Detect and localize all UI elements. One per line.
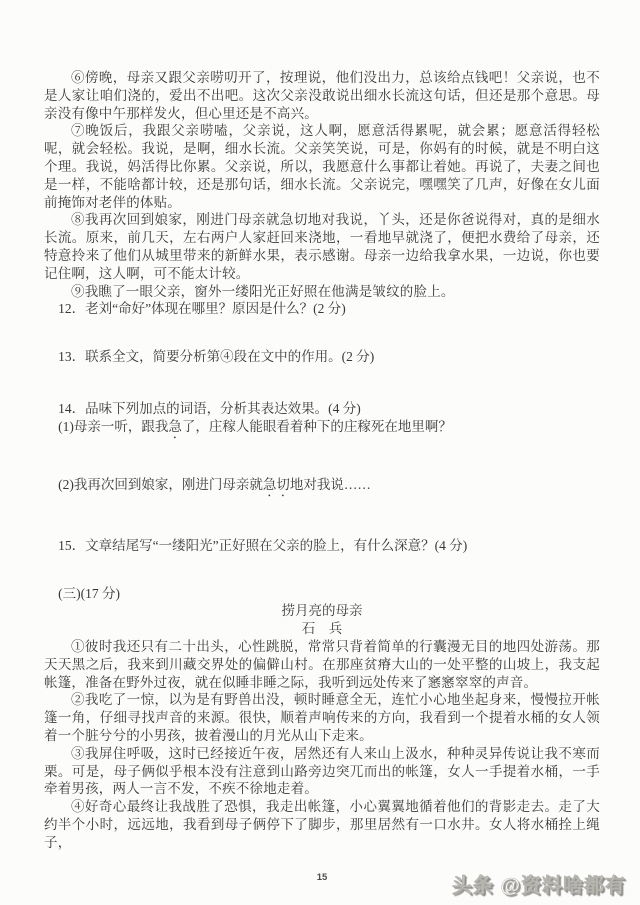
question-14-sub-2-emphasized-word: 急切 bbox=[263, 477, 290, 492]
question-12: 12．老刘“命好”体现在哪里？原因是什么？(2 分) bbox=[44, 300, 600, 318]
passage-2-paragraph-3: ③我屏住呼吸，这时已经接近午夜，居然还有人来山上汲水，种种灵异传说让我不寒而栗。… bbox=[44, 745, 600, 798]
question-14-sub-1-pre: (1)母亲一听，跟我 bbox=[58, 419, 168, 434]
passage-2-paragraph-4: ④好奇心最终让我战胜了恐惧，我走出帐篷，小心翼翼地循着他们的背影走去。走了大约半… bbox=[44, 798, 600, 851]
question-14-sub-1-post: 了，庄稼人能眼看着种下的庄稼死在地里啊？ bbox=[182, 419, 452, 434]
passage-1-paragraph-8: ⑧我再次回到娘家，刚进门母亲就急切地对我说，丫头，还是你爸说得对，真的是细水长流… bbox=[44, 211, 600, 282]
question-14: 14．品味下列加点的词语，分析其表达效果。(4 分) bbox=[44, 400, 600, 418]
passage-1-paragraph-7: ⑦晚饭后，我跟父亲唠嗑，父亲说，这人啊，愿意活得累呢，就会累；愿意活得轻松呢，就… bbox=[44, 122, 600, 211]
passage-2-paragraph-2: ②我吃了一惊，以为是有野兽出没，顿时睡意全无，连忙小心地坐起身来，慢慢拉开帐篷一… bbox=[44, 691, 600, 744]
question-14-sub-1: (1)母亲一听，跟我急了，庄稼人能眼看着种下的庄稼死在地里啊？ bbox=[44, 418, 600, 442]
passage-2-author: 石 兵 bbox=[44, 620, 600, 638]
question-14-sub-2-post: 地对我说…… bbox=[290, 477, 371, 492]
question-15: 15．文章结尾写“一缕阳光”正好照在父亲的脸上，有什么深意？(4 分) bbox=[44, 537, 600, 555]
exam-page: ⑥傍晚，母亲又跟父亲唠叨开了，按理说，他们没出力，总该给点钱吧！父亲说，也不是人… bbox=[0, 0, 640, 905]
passage-2-title: 捞月亮的母亲 bbox=[44, 602, 600, 620]
section-3-header: (三)(17 分) bbox=[44, 585, 600, 603]
passage-1-paragraph-9: ⑨我瞧了一眼父亲，窗外一缕阳光正好照在他满是皱纹的脸上。 bbox=[44, 283, 600, 301]
passage-2-paragraph-1: ①彼时我还只有二十出头，心性跳脱，常常只背着简单的行囊漫无目的地四处游荡。那天天… bbox=[44, 638, 600, 691]
question-14-sub-2-pre: (2)我再次回到娘家，刚进门母亲就 bbox=[58, 477, 263, 492]
passage-1-paragraph-6: ⑥傍晚，母亲又跟父亲唠叨开了，按理说，他们没出力，总该给点钱吧！父亲说，也不是人… bbox=[44, 69, 600, 122]
question-13: 13．联系全文，简要分析第④段在文中的作用。(2 分) bbox=[44, 348, 600, 366]
question-14-sub-1-emphasized-word: 急 bbox=[168, 419, 182, 434]
question-14-sub-2: (2)我再次回到娘家，刚进门母亲就急切地对我说…… bbox=[44, 476, 600, 500]
watermark: 头条 @资料啥都有 bbox=[452, 878, 626, 896]
passage-1: ⑥傍晚，母亲又跟父亲唠叨开了，按理说，他们没出力，总该给点钱吧！父亲说，也不是人… bbox=[44, 69, 600, 300]
passage-2: ①彼时我还只有二十出头，心性跳脱，常常只背着简单的行囊漫无目的地四处游荡。那天天… bbox=[44, 638, 600, 852]
